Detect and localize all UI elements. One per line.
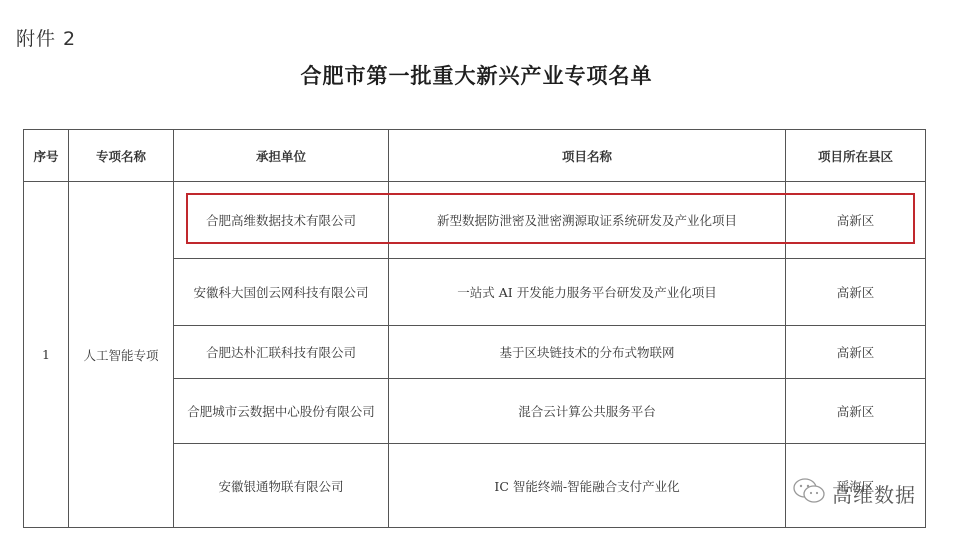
company-cell: 合肥城市云数据中心股份有限公司: [174, 379, 389, 444]
district-cell: 高新区: [786, 326, 926, 379]
project-cell: 一站式 AI 开发能力服务平台研发及产业化项目: [389, 259, 786, 326]
document-title: 合肥市第一批重大新兴产业专项名单: [0, 60, 953, 90]
table-row: 1 人工智能专项 合肥高维数据技术有限公司 新型数据防泄密及泄密溯源取证系统研发…: [24, 182, 926, 259]
header-district: 项目所在县区: [786, 130, 926, 182]
company-cell: 安徽银通物联有限公司: [174, 444, 389, 528]
watermark: 高维数据: [792, 477, 916, 509]
project-cell: 基于区块链技术的分布式物联网: [389, 326, 786, 379]
header-category: 专项名称: [69, 130, 174, 182]
group-category: 人工智能专项: [69, 182, 174, 528]
group-index: 1: [24, 182, 69, 528]
header-company: 承担单位: [174, 130, 389, 182]
header-index: 序号: [24, 130, 69, 182]
district-cell: 高新区: [786, 182, 926, 259]
header-project: 项目名称: [389, 130, 786, 182]
district-cell: 高新区: [786, 259, 926, 326]
watermark-text: 高维数据: [832, 479, 916, 508]
company-cell: 安徽科大国创云网科技有限公司: [174, 259, 389, 326]
project-list-table: 序号 专项名称 承担单位 项目名称 项目所在县区 1 人工智能专项 合肥高维数据…: [23, 129, 926, 528]
project-cell: 混合云计算公共服务平台: [389, 379, 786, 444]
wechat-icon: [792, 477, 826, 509]
project-cell: IC 智能终端-智能融合支付产业化: [389, 444, 786, 528]
company-cell: 合肥高维数据技术有限公司: [174, 182, 389, 259]
table-header-row: 序号 专项名称 承担单位 项目名称 项目所在县区: [24, 130, 926, 182]
company-cell: 合肥达朴汇联科技有限公司: [174, 326, 389, 379]
district-cell: 高新区: [786, 379, 926, 444]
attachment-label: 附件 2: [16, 24, 76, 51]
project-cell: 新型数据防泄密及泄密溯源取证系统研发及产业化项目: [389, 182, 786, 259]
